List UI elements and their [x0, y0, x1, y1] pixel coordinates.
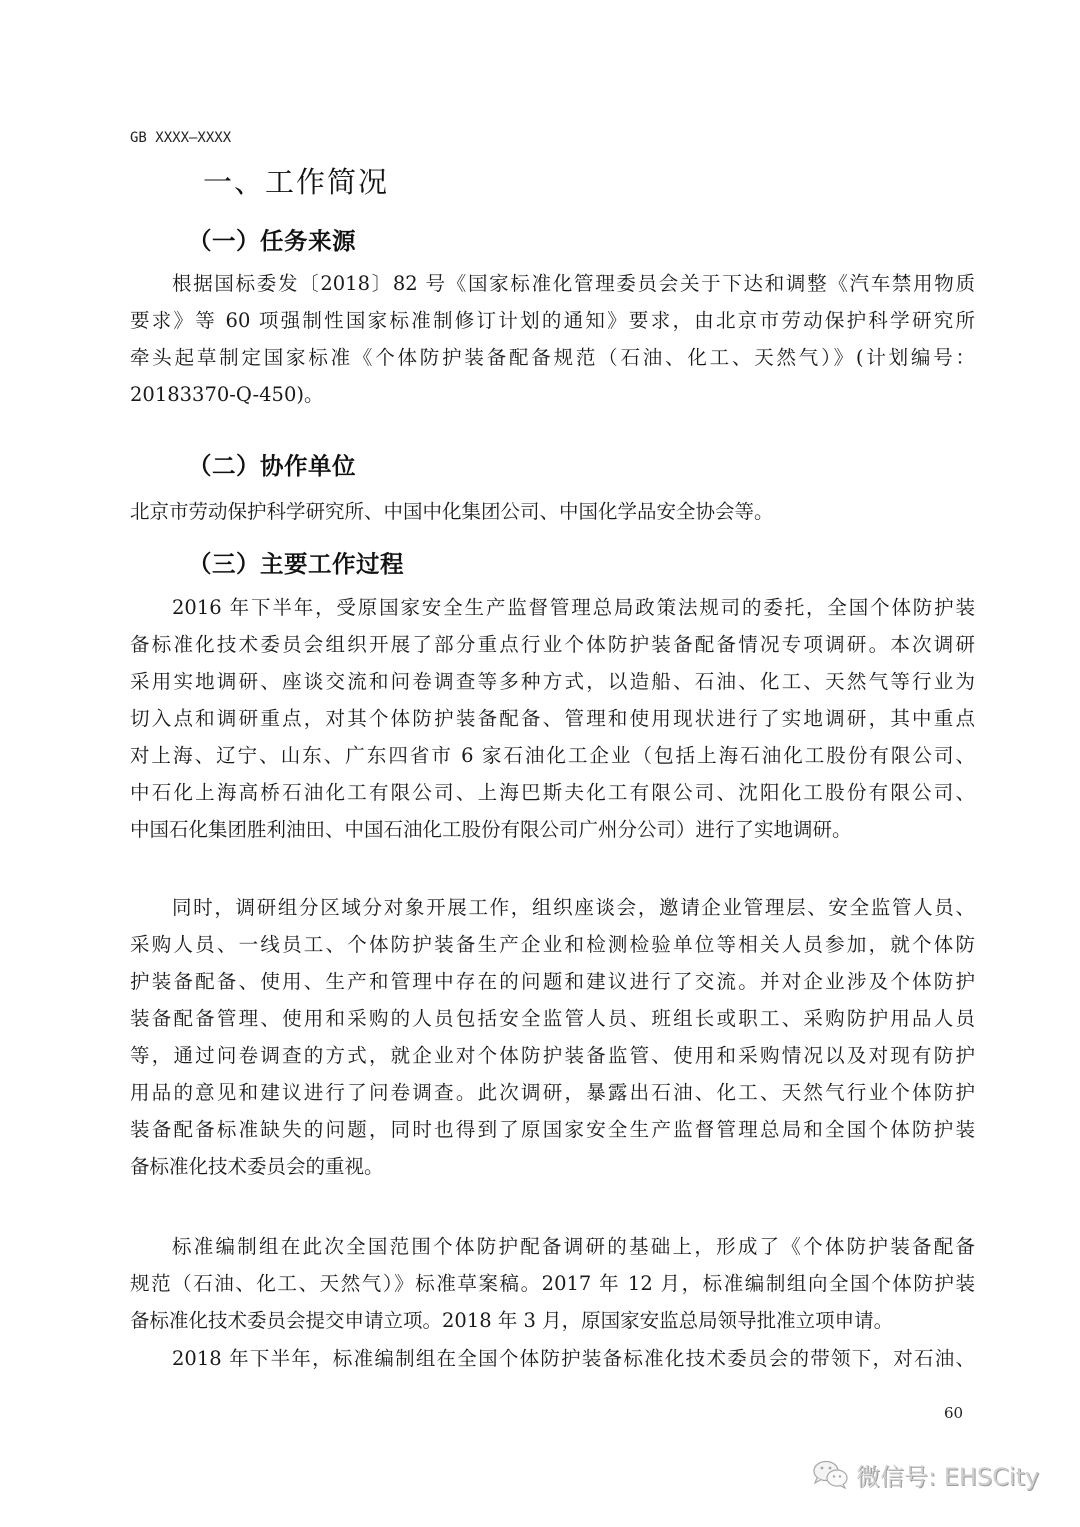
text-line: 规范（石油、化工、天然气）》标准草案稿。2017 年 12 月，标准编制组向全国… [130, 1265, 975, 1302]
page-number: 60 [944, 1404, 963, 1422]
watermark-text: 微信号: EHSCity [856, 1457, 1039, 1492]
text-line: 对上海、辽宁、山东、广东四省市 6 家石油化工企业（包括上海石油化工股份有限公司… [130, 737, 975, 774]
text-line: 标准编制组在此次全国范围个体防护配备调研的基础上，形成了《个体防护装备配备 [130, 1228, 975, 1265]
text-line: 护装备配备、使用、生产和管理中存在的问题和建议进行了交流。并对企业涉及个体防护 [130, 963, 975, 1000]
main-title: 一、工作简况 [203, 160, 389, 201]
paragraph-work-process-4: 2018 年下半年，标准编制组在全国个体防护装备标准化技术委员会的带领下，对石油… [130, 1340, 975, 1377]
section-heading-task-source: （一）任务来源 [188, 222, 356, 256]
document-code: GB XXXX—XXXX [130, 130, 231, 146]
paragraph-cooperating-units: 北京市劳动保护科学研究所、中国中化集团公司、中国化学品安全协会等。 [130, 493, 975, 530]
text-line: 装备配备管理、使用和采购的人员包括安全监管人员、班组长或职工、采购防护用品人员 [130, 1000, 975, 1037]
wechat-icon [812, 1460, 850, 1490]
section-heading-work-process: （三）主要工作过程 [188, 545, 404, 579]
paragraph-work-process-3: 标准编制组在此次全国范围个体防护配备调研的基础上，形成了《个体防护装备配备 规范… [130, 1228, 975, 1339]
text-line: 备标准化技术委员会的重视。 [130, 1148, 975, 1185]
text-line: 采购人员、一线员工、个体防护装备生产企业和检测检验单位等相关人员参加，就个体防 [130, 926, 975, 963]
text-line: 北京市劳动保护科学研究所、中国中化集团公司、中国化学品安全协会等。 [130, 493, 975, 530]
text-line: 备标准化技术委员会组织开展了部分重点行业个体防护装备配备情况专项调研。本次调研 [130, 626, 975, 663]
text-line: 2018 年下半年，标准编制组在全国个体防护装备标准化技术委员会的带领下，对石油… [130, 1340, 975, 1377]
paragraph-task-source: 根据国标委发〔2018〕82 号《国家标准化管理委员会关于下达和调整《汽车禁用物… [130, 265, 975, 413]
text-line: 切入点和调研重点，对其个体防护装备配备、管理和使用现状进行了实地调研，其中重点 [130, 700, 975, 737]
text-line: 牵头起草制定国家标准《个体防护装备配备规范（石油、化工、天然气）》(计划编号： [130, 339, 975, 376]
text-line: 根据国标委发〔2018〕82 号《国家标准化管理委员会关于下达和调整《汽车禁用物… [130, 265, 975, 302]
paragraph-work-process-2: 同时，调研组分区域分对象开展工作，组织座谈会，邀请企业管理层、安全监管人员、 采… [130, 889, 975, 1185]
text-line: 等，通过问卷调查的方式，就企业对个体防护装备监管、使用和采购情况以及对现有防护 [130, 1037, 975, 1074]
text-line: 采用实地调研、座谈交流和问卷调查等多种方式，以造船、石油、化工、天然气等行业为 [130, 663, 975, 700]
text-line: 同时，调研组分区域分对象开展工作，组织座谈会，邀请企业管理层、安全监管人员、 [130, 889, 975, 926]
paragraph-work-process-1: 2016 年下半年，受原国家安全生产监督管理总局政策法规司的委托，全国个体防护装… [130, 589, 975, 848]
text-line: 要求》等 60 项强制性国家标准制修订计划的通知》要求，由北京市劳动保护科学研究… [130, 302, 975, 339]
text-line: 20183370-Q-450)。 [130, 376, 975, 413]
text-line: 中国石化集团胜利油田、中国石油化工股份有限公司广州分公司）进行了实地调研。 [130, 811, 975, 848]
text-line: 用品的意见和建议进行了问卷调查。此次调研，暴露出石油、化工、天然气行业个体防护 [130, 1074, 975, 1111]
section-heading-cooperating-units: （二）协作单位 [188, 447, 356, 481]
text-line: 装备配备标准缺失的问题，同时也得到了原国家安全生产监督管理总局和全国个体防护装 [130, 1111, 975, 1148]
watermark: 微信号: EHSCity [812, 1457, 1039, 1492]
text-line: 备标准化技术委员会提交申请立项。2018 年 3 月，原国家安监总局领导批准立项… [130, 1302, 975, 1339]
text-line: 2016 年下半年，受原国家安全生产监督管理总局政策法规司的委托，全国个体防护装 [130, 589, 975, 626]
text-line: 中石化上海高桥石油化工有限公司、上海巴斯夫化工有限公司、沈阳化工股份有限公司、 [130, 774, 975, 811]
